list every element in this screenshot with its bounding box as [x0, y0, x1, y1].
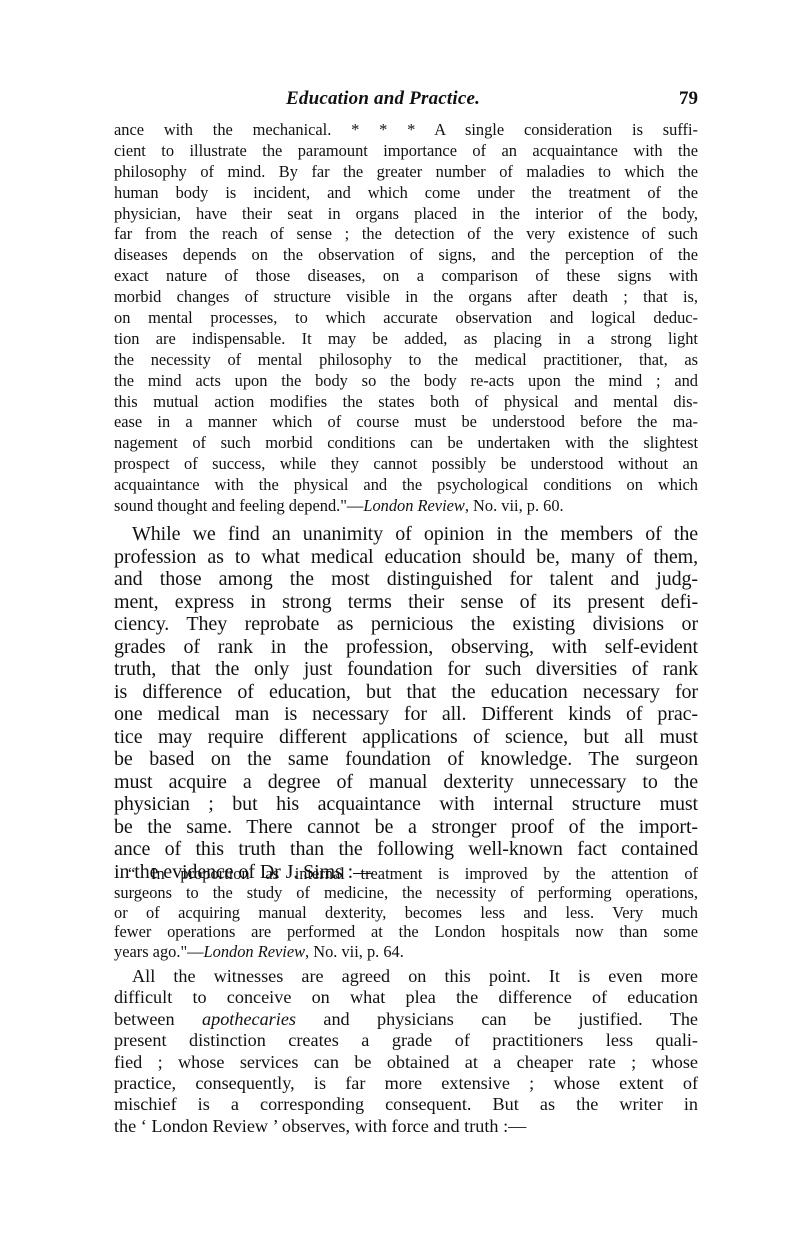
text-line: “ In proportion as internal treatment is…	[114, 864, 698, 883]
text-line: While we find an unanimity of opinion in…	[114, 523, 698, 546]
body-paragraph-apothecaries: All the witnesses are agreed on this poi…	[114, 966, 698, 1137]
text-line: diseases depends on the observation of s…	[114, 245, 698, 266]
text-line: acquaintance with the physical and the p…	[114, 475, 698, 496]
text-line: physician ; but his acquaintance with in…	[114, 793, 698, 816]
text-line: prospect of success, while they cannot p…	[114, 454, 698, 475]
text-line: or of acquiring manual dexterity, become…	[114, 903, 698, 922]
source-title: London Review	[363, 496, 465, 515]
text-line: be based on the same foundation of knowl…	[114, 748, 698, 771]
page-header: Education and Practice. 79	[114, 88, 698, 114]
text-line: between apothecaries and physicians can …	[114, 1009, 698, 1030]
text-line: ment, express in strong terms their sens…	[114, 591, 698, 614]
text-line: is difference of education, but that the…	[114, 681, 698, 704]
text-line: and those among the most distinguished f…	[114, 568, 698, 591]
text-line: present distinction creates a grade of p…	[114, 1030, 698, 1051]
source-title: London Review	[204, 942, 306, 961]
body-paragraph-unanimity: While we find an unanimity of opinion in…	[114, 523, 698, 883]
citation: , No. vii, p. 64.	[305, 942, 404, 961]
text-line: difficult to conceive on what plea the d…	[114, 987, 698, 1008]
quotation-block-mental-philosophy: ance with the mechanical. * * * A single…	[114, 120, 698, 517]
text-line: far from the reach of sense ; the detect…	[114, 224, 698, 245]
text-line: be the same. There cannot be a stronger …	[114, 816, 698, 839]
text-line: tice may require different applications …	[114, 726, 698, 749]
text-line: ciency. They reprobate as pernicious the…	[114, 613, 698, 636]
text-line: grades of rank in the profession, observ…	[114, 636, 698, 659]
text-line: All the witnesses are agreed on this poi…	[114, 966, 698, 987]
text-line: physician, have their seat in organs pla…	[114, 204, 698, 225]
citation-line: years ago."—London Review, No. vii, p. 6…	[114, 942, 698, 961]
text-line: ance with the mechanical. * * * A single…	[114, 120, 698, 141]
text-span: and physicians can be justified. The	[296, 1009, 698, 1029]
text-line: cient to illustrate the paramount import…	[114, 141, 698, 162]
text-line: exact nature of those diseases, on a com…	[114, 266, 698, 287]
text-line: ease in a manner which of course must be…	[114, 412, 698, 433]
text-line: ance of this truth than the following we…	[114, 838, 698, 861]
text-line: mischief is a corresponding consequent. …	[114, 1094, 698, 1115]
text-line: morbid changes of structure visible in t…	[114, 287, 698, 308]
text-line: surgeons to the study of medicine, the n…	[114, 883, 698, 902]
quotation-block-sims: “ In proportion as internal treatment is…	[114, 864, 698, 961]
citation-line: sound thought and feeling depend."—Londo…	[114, 496, 698, 517]
text-line: nagement of such morbid conditions can b…	[114, 433, 698, 454]
text-line: the necessity of mental philosophy to th…	[114, 350, 698, 371]
text-line: fewer operations are performed at the Lo…	[114, 922, 698, 941]
text-line: philosophy of mind. By far the greater n…	[114, 162, 698, 183]
text-line: fied ; whose services can be obtained at…	[114, 1052, 698, 1073]
text-line: the ‘ London Review ’ observes, with for…	[114, 1116, 698, 1137]
text-line: truth, that the only just foundation for…	[114, 658, 698, 681]
quote-end: sound thought and feeling depend."—	[114, 496, 363, 515]
page-number: 79	[679, 88, 698, 110]
text-line: tion are indispensable. It may be added,…	[114, 329, 698, 350]
text-line: human body is incident, and which come u…	[114, 183, 698, 204]
quote-end: years ago."—	[114, 942, 204, 961]
text-line: practice, consequently, is far more exte…	[114, 1073, 698, 1094]
running-title: Education and Practice.	[286, 88, 480, 110]
text-line: one medical man is necessary for all. Di…	[114, 703, 698, 726]
citation: , No. vii, p. 60.	[465, 496, 564, 515]
text-line: this mutual action modifies the states b…	[114, 392, 698, 413]
text-line: must acquire a degree of manual dexterit…	[114, 771, 698, 794]
text-span: between	[114, 1009, 202, 1029]
text-line: on mental processes, to which accurate o…	[114, 308, 698, 329]
emphasis: apothecaries	[202, 1009, 296, 1029]
text-line: the mind acts upon the body so the body …	[114, 371, 698, 392]
text-line: profession as to what medical education …	[114, 546, 698, 569]
